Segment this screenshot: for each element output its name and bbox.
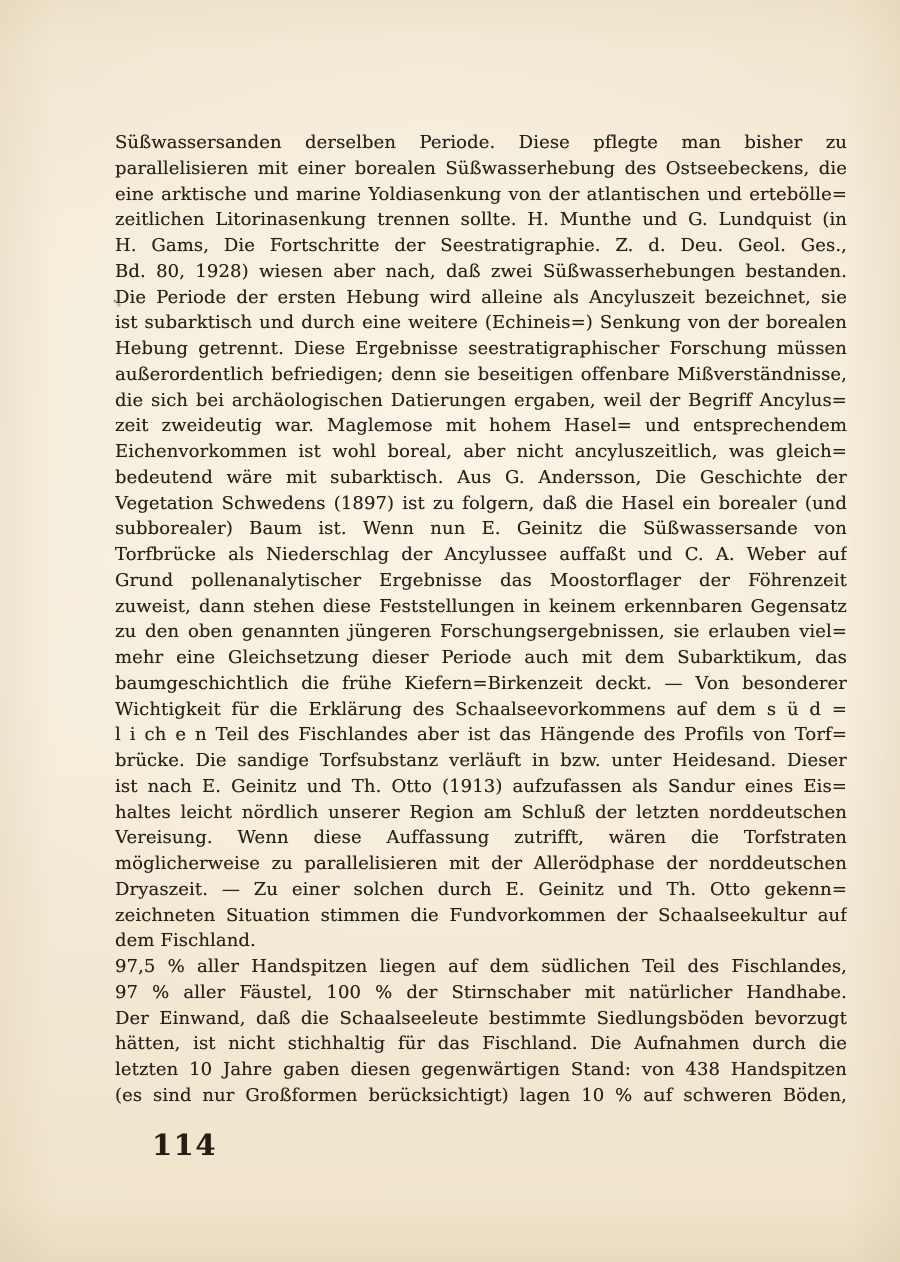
text-line: Der Einwand, daß die Schaalseeleute best…: [115, 1006, 847, 1032]
text-line: ist subarktisch und durch eine weitere (…: [115, 310, 847, 336]
text-line: möglicherweise zu parallelisieren mit de…: [115, 851, 847, 877]
text-line: haltes leicht nördlich unserer Region am…: [115, 800, 847, 826]
text-line: l i ch e n Teil des Fischlandes aber ist…: [115, 722, 847, 748]
body-text: Süßwassersanden derselben Periode. Diese…: [115, 130, 847, 1109]
text-line: dem Fischland.: [115, 928, 847, 954]
text-line: parallelisieren mit einer borealen Süßwa…: [115, 156, 847, 182]
text-line: zeitlichen Litorinasenkung trennen sollt…: [115, 207, 847, 233]
text-line: Wichtigkeit für die Erklärung des Schaal…: [115, 697, 847, 723]
book-page: Süßwassersanden derselben Periode. Diese…: [0, 0, 900, 1262]
text-line: Hebung getrennt. Diese Ergebnisse seestr…: [115, 336, 847, 362]
text-line: Die Periode der ersten Hebung wird allei…: [115, 285, 847, 311]
text-line: mehr eine Gleichsetzung dieser Periode a…: [115, 645, 847, 671]
text-line: Torfbrücke als Niederschlag der Ancyluss…: [115, 542, 847, 568]
text-line: außerordentlich befriedigen; denn sie be…: [115, 362, 847, 388]
text-line: zuweist, dann stehen diese Feststellunge…: [115, 594, 847, 620]
text-line: Dryaszeit. — Zu einer solchen durch E. G…: [115, 877, 847, 903]
text-line: ist nach E. Geinitz und Th. Otto (1913) …: [115, 774, 847, 800]
text-line: baumgeschichtlich die frühe Kiefern=Birk…: [115, 671, 847, 697]
text-line: zeichneten Situation stimmen die Fundvor…: [115, 903, 847, 929]
text-line: Grund pollenanalytischer Ergebnisse das …: [115, 568, 847, 594]
text-line: subborealer) Baum ist. Wenn nun E. Geini…: [115, 516, 847, 542]
text-line: letzten 10 Jahre gaben diesen gegenwärti…: [115, 1057, 847, 1083]
text-line: brücke. Die sandige Torfsubstanz verläuf…: [115, 748, 847, 774]
text-line: 97 % aller Fäustel, 100 % der Stirnschab…: [115, 980, 847, 1006]
text-line: H. Gams, Die Fortschritte der Seestratig…: [115, 233, 847, 259]
text-line: bedeutend wäre mit subarktisch. Aus G. A…: [115, 465, 847, 491]
text-line: (es sind nur Großformen berücksichtigt) …: [115, 1083, 847, 1109]
text-line: 97,5 % aller Handspitzen liegen auf dem …: [115, 954, 847, 980]
text-line: zeit zweideutig war. Maglemose mit hohem…: [115, 413, 847, 439]
text-line: Vereisung. Wenn diese Auffassung zutriff…: [115, 825, 847, 851]
text-line: eine arktische und marine Yoldiasenkung …: [115, 182, 847, 208]
text-line: Eichenvorkommen ist wohl boreal, aber ni…: [115, 439, 847, 465]
text-line: Bd. 80, 1928) wiesen aber nach, daß zwei…: [115, 259, 847, 285]
text-line: zu den oben genannten jüngeren Forschung…: [115, 619, 847, 645]
text-line: hätten, ist nicht stichhaltig für das Fi…: [115, 1031, 847, 1057]
text-line: Vegetation Schwedens (1897) ist zu folge…: [115, 491, 847, 517]
page-number: 114: [152, 1128, 217, 1162]
text-line: Süßwassersanden derselben Periode. Diese…: [115, 130, 847, 156]
text-line: die sich bei archäologischen Datierungen…: [115, 388, 847, 414]
